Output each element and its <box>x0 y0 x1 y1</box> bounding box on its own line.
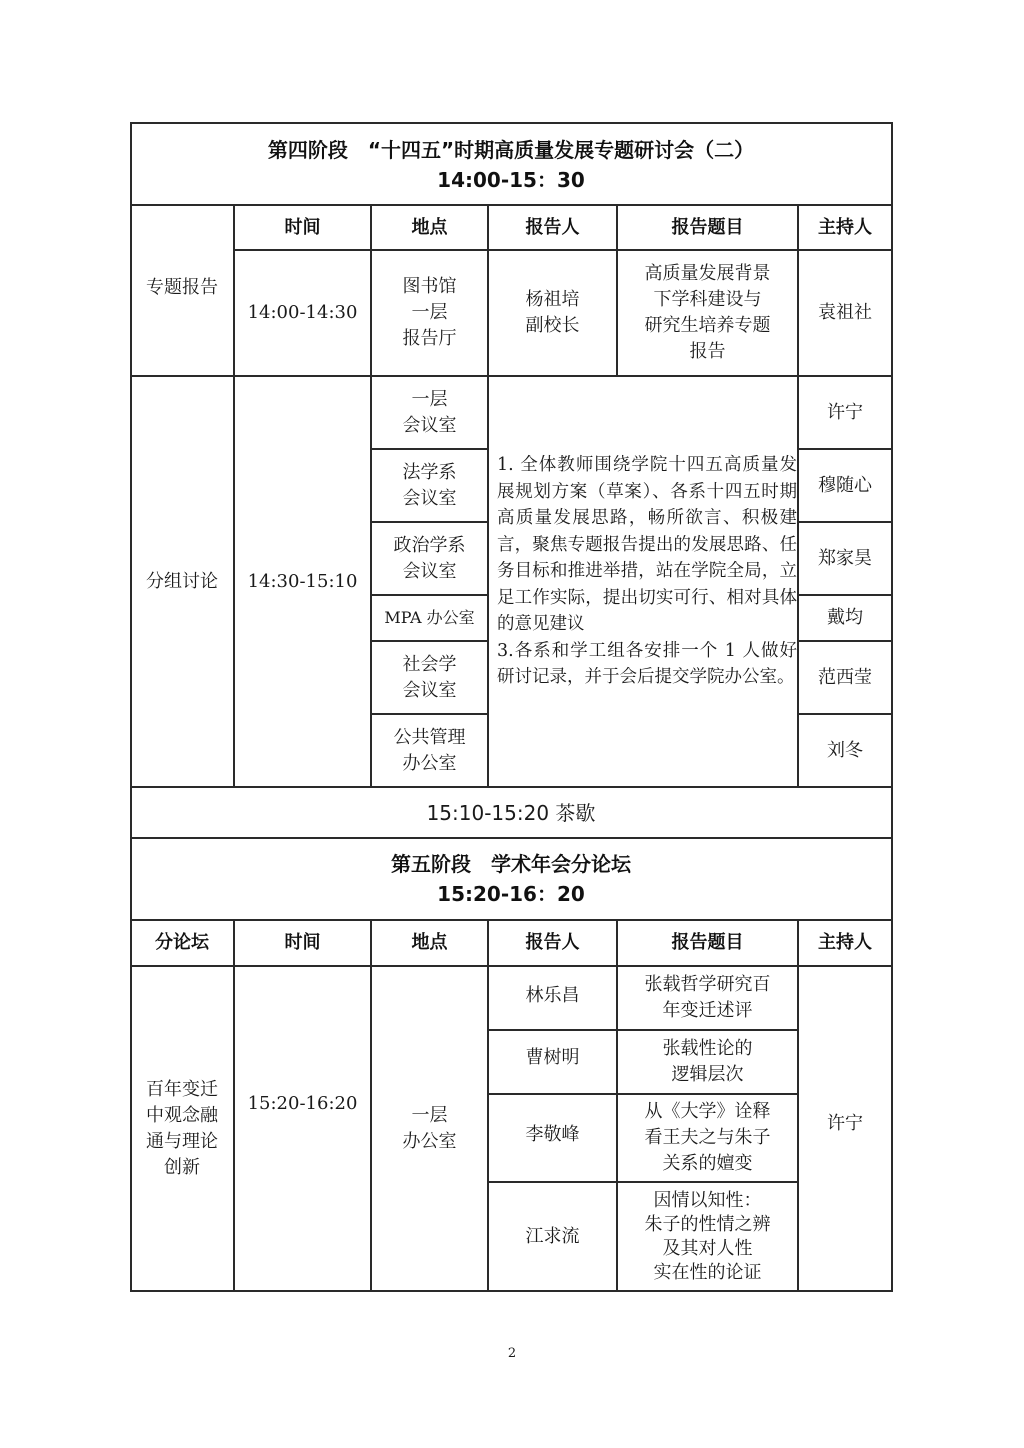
keynote-speaker: 杨祖培 副校长 <box>488 250 617 376</box>
room-location: MPA 办公室 <box>371 595 488 641</box>
col-divider <box>797 204 799 787</box>
room-location: 社会学 会议室 <box>371 641 488 714</box>
header-host: 主持人 <box>798 920 892 966</box>
row-divider <box>488 1029 799 1031</box>
room-host: 戴均 <box>798 595 892 641</box>
row-divider <box>488 1093 799 1095</box>
row-divider <box>130 965 893 967</box>
row-divider <box>371 594 489 596</box>
talk-speaker: 李敬峰 <box>488 1094 617 1176</box>
keynote-label: 专题报告 <box>130 250 234 326</box>
keynote-location: 图书馆 一层 报告厅 <box>371 250 488 376</box>
room-host: 刘冬 <box>798 714 892 787</box>
stage4-title: 第四阶段 “十四五”时期高质量发展专题研讨会（二） <box>268 135 754 165</box>
stage4-title-cell: 第四阶段 “十四五”时期高质量发展专题研讨会（二） 14:00-15：30 <box>132 124 890 205</box>
row-divider <box>234 249 893 251</box>
header-location: 地点 <box>371 205 488 250</box>
room-host: 许宁 <box>798 376 892 449</box>
row-divider <box>371 713 489 715</box>
room-location: 政治学系 会议室 <box>371 522 488 595</box>
col-divider <box>487 204 489 787</box>
table-border <box>130 122 893 124</box>
keynote-topic: 高质量发展背景 下学科建设与 研究生培养专题 报告 <box>617 250 798 376</box>
stage4-time: 14:00-15：30 <box>437 165 585 195</box>
row-divider <box>798 594 893 596</box>
keynote-time: 14:00-14:30 <box>234 250 371 376</box>
row-divider <box>488 1181 799 1183</box>
row-divider <box>371 521 489 523</box>
room-host: 范西莹 <box>798 641 892 714</box>
col-divider <box>616 204 618 376</box>
talk-topic: 从《大学》诠释 看王夫之与朱子 关系的嬗变 <box>617 1094 798 1182</box>
col-divider <box>797 919 799 1291</box>
header-time: 时间 <box>234 205 371 250</box>
room-host: 郑家昊 <box>798 522 892 595</box>
row-divider <box>130 837 893 839</box>
stage5-title: 第五阶段 学术年会分论坛 <box>391 849 631 879</box>
room-host: 穆随心 <box>798 449 892 522</box>
header-location: 地点 <box>371 920 488 966</box>
row-divider <box>130 204 893 206</box>
stage5-title-cell: 第五阶段 学术年会分论坛 15:20-16：20 <box>132 838 890 920</box>
talk-topic: 张载哲学研究百 年变迁述评 <box>617 966 798 1030</box>
col-divider <box>370 919 372 1291</box>
table-border <box>130 122 132 1292</box>
forum-time: 15:20-16:20 <box>234 966 371 1241</box>
row-divider <box>798 713 893 715</box>
document-page: 第四阶段 “十四五”时期高质量发展专题研讨会（二） 14:00-15：30 时间… <box>0 0 1024 1448</box>
room-location: 法学系 会议室 <box>371 449 488 522</box>
header-forum: 分论坛 <box>130 920 234 966</box>
header-topic: 报告题目 <box>617 920 798 966</box>
row-divider <box>130 786 893 788</box>
page-number: 2 <box>500 1346 524 1361</box>
header-speaker: 报告人 <box>488 920 617 966</box>
row-divider <box>798 448 893 450</box>
header-topic: 报告题目 <box>617 205 798 250</box>
col-divider <box>233 204 235 787</box>
tea-break: 15:10-15:20 茶歇 <box>132 787 890 838</box>
group-discussion-instructions: 1. 全体教师围绕学院十四五高质量发展规划方案（草案）、各系十四五时期高质量发展… <box>497 452 797 691</box>
stage5-time: 15:20-16：20 <box>437 879 585 909</box>
table-border <box>130 1290 893 1292</box>
row-divider <box>371 640 489 642</box>
row-divider <box>798 521 893 523</box>
talk-speaker: 林乐昌 <box>488 966 617 1026</box>
row-divider <box>130 919 893 921</box>
row-divider <box>130 375 893 377</box>
talk-topic: 张载性论的 逻辑层次 <box>617 1030 798 1094</box>
row-divider <box>798 640 893 642</box>
group-discussion-label: 分组讨论 <box>130 376 234 787</box>
header-host: 主持人 <box>798 205 892 250</box>
header-speaker: 报告人 <box>488 205 617 250</box>
forum-location: 一层 办公室 <box>371 966 488 1291</box>
row-divider <box>371 448 489 450</box>
talk-topic: 因情以知性： 朱子的性情之辨 及其对人性 实在性的论证 <box>617 1182 798 1291</box>
room-location: 公共管理 办公室 <box>371 714 488 787</box>
room-location: 一层 会议室 <box>371 376 488 449</box>
col-divider <box>370 204 372 787</box>
forum-name: 百年变迁 中观念融 通与理论 创新 <box>130 966 234 1291</box>
col-divider <box>616 919 618 1291</box>
talk-speaker: 江求流 <box>488 1182 617 1291</box>
group-discussion-time: 14:30-15:10 <box>234 376 371 787</box>
col-divider <box>487 919 489 1291</box>
header-time: 时间 <box>234 920 371 966</box>
talk-speaker: 曹树明 <box>488 1030 617 1086</box>
table-border <box>891 122 893 1292</box>
keynote-host: 袁祖社 <box>798 250 892 376</box>
col-divider <box>233 919 235 1291</box>
forum-host: 许宁 <box>798 966 892 1281</box>
